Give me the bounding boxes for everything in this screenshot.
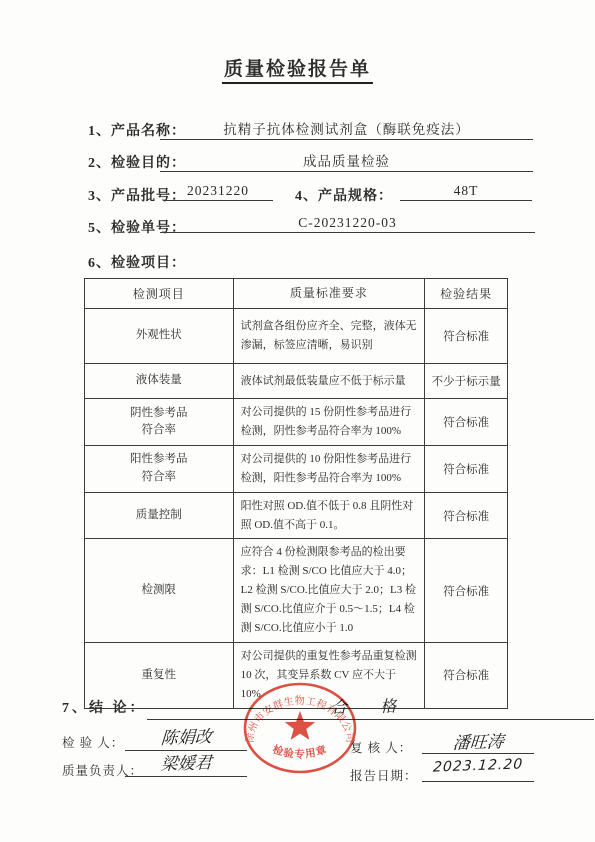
reviewer-signature: 潘旺涛: [452, 727, 505, 754]
inspector-signature-line: 陈娟改: [125, 723, 247, 751]
row-item-line2: 符合率: [85, 422, 233, 439]
row-requirement: 液体试剂最低装量应不低于标示量: [233, 364, 425, 399]
stamp-bottom-label: 检验专用章: [271, 743, 329, 761]
row-item-line1: 阴性参考品: [85, 405, 233, 422]
reviewer-label: 复 核 人：: [350, 741, 412, 755]
conclusion-line: 合 格: [147, 694, 594, 720]
signature-reviewer: 复 核 人： 潘旺涛: [350, 738, 412, 756]
row-requirement: 对公司提供的 15 份阴性参考品进行检测，阴性参考品符合率为 100%: [233, 399, 425, 446]
batch-value: 20231220: [163, 183, 273, 201]
field-items-heading: 6、检验项目：: [88, 252, 186, 272]
quality-manager-signature: 梁媛君: [160, 748, 213, 775]
inspector-label: 检 验 人：: [62, 736, 124, 750]
row-item-line2: 符合率: [85, 469, 233, 486]
table-row: 质量控制 阳性对照 OD.值不低于 0.8 且阴性对照 OD.值不高于 0.1。…: [85, 492, 508, 539]
spec-label: 4、产品规格：: [295, 189, 393, 204]
field-purpose: 2、检验目的： 成品质量检验: [88, 152, 186, 172]
page-title: 质量检验报告单: [0, 54, 595, 81]
conclusion-label: 7、结 论：: [62, 701, 147, 716]
table-row: 外观性状 试剂盒各组份应齐全、完整，液体无渗漏，标签应清晰，易识别 符合标准: [85, 309, 508, 364]
row-requirement: 应符合 4 份检测限参考品的检出要求：L1 检测 S/CO 比值应大于 4.0；…: [233, 539, 425, 643]
row-result: 符合标准: [425, 309, 508, 364]
row-item: 质量控制: [85, 492, 234, 539]
header-requirement: 质量标准要求: [233, 279, 425, 309]
row-result: 不少于标示量: [425, 364, 508, 399]
table-header-row: 检测项目 质量标准要求 检验结果: [85, 279, 508, 309]
header-result: 检验结果: [425, 279, 508, 309]
product-name-value: 抗精子抗体检测试剂盒（酶联免疫法）: [160, 118, 533, 140]
row-result: 符合标准: [425, 445, 508, 492]
report-date-row: 报告日期： 2023.12.20: [350, 766, 418, 784]
signature-quality-manager: 质量负责人： 梁媛君: [62, 761, 143, 779]
row-result: 符合标准: [425, 539, 508, 643]
field-product-name: 1、产品名称： 抗精子抗体检测试剂盒（酶联免疫法）: [88, 120, 186, 140]
page-title-text: 质量检验报告单: [222, 59, 373, 84]
table-row: 液体装量 液体试剂最低装量应不低于标示量 不少于标示量: [85, 364, 508, 399]
report-page: 质量检验报告单 1、产品名称： 抗精子抗体检测试剂盒（酶联免疫法） 2、检验目的…: [0, 0, 595, 842]
row-requirement: 阳性对照 OD.值不低于 0.8 且阴性对照 OD.值不高于 0.1。: [233, 492, 425, 539]
field-order-no: 5、检验单号： C-20231220-03: [88, 217, 186, 237]
row-requirement: 试剂盒各组份应齐全、完整，液体无渗漏，标签应清晰，易识别: [233, 309, 425, 364]
items-heading-label: 6、检验项目：: [88, 256, 186, 271]
table-row: 阳性参考品 符合率 对公司提供的 10 份阳性参考品进行检测，阳性参考品符合率为…: [85, 445, 508, 492]
report-date-label: 报告日期：: [350, 769, 418, 783]
spec-value: 48T: [400, 183, 532, 201]
inspection-table: 检测项目 质量标准要求 检验结果 外观性状 试剂盒各组份应齐全、完整，液体无渗漏…: [84, 278, 508, 709]
conclusion-row: 7、结 论： 合 格: [62, 697, 147, 717]
signature-inspector: 检 验 人： 陈娟改: [62, 733, 124, 751]
report-date-line: 2023.12.20: [422, 758, 534, 782]
order-no-value: C-20231220-03: [160, 215, 535, 233]
field-spec: 4、产品规格： 48T: [295, 185, 393, 205]
row-item: 阴性参考品 符合率: [85, 399, 234, 446]
header-item: 检测项目: [85, 279, 234, 309]
reviewer-signature-line: 潘旺涛: [422, 728, 534, 754]
row-result: 符合标准: [425, 399, 508, 446]
row-item: 阳性参考品 符合率: [85, 445, 234, 492]
row-item: 检测限: [85, 539, 234, 643]
quality-manager-signature-line: 梁媛君: [125, 749, 247, 777]
conclusion-handwritten-value: 合 格: [331, 693, 410, 717]
table-row: 阴性参考品 符合率 对公司提供的 15 份阴性参考品进行检测，阴性参考品符合率为…: [85, 399, 508, 446]
row-item-line1: 阳性参考品: [85, 451, 233, 468]
field-batch: 3、产品批号： 20231220: [88, 185, 186, 205]
row-requirement: 对公司提供的 10 份阳性参考品进行检测，阳性参考品符合率为 100%: [233, 445, 425, 492]
inspector-signature: 陈娟改: [160, 722, 213, 749]
report-date-handwritten: 2023.12.20: [432, 756, 523, 775]
row-item: 液体装量: [85, 364, 234, 399]
row-result: 符合标准: [425, 492, 508, 539]
row-item: 外观性状: [85, 309, 234, 364]
purpose-value: 成品质量检验: [160, 150, 533, 172]
table-row: 检测限 应符合 4 份检测限参考品的检出要求：L1 检测 S/CO 比值应大于 …: [85, 539, 508, 643]
